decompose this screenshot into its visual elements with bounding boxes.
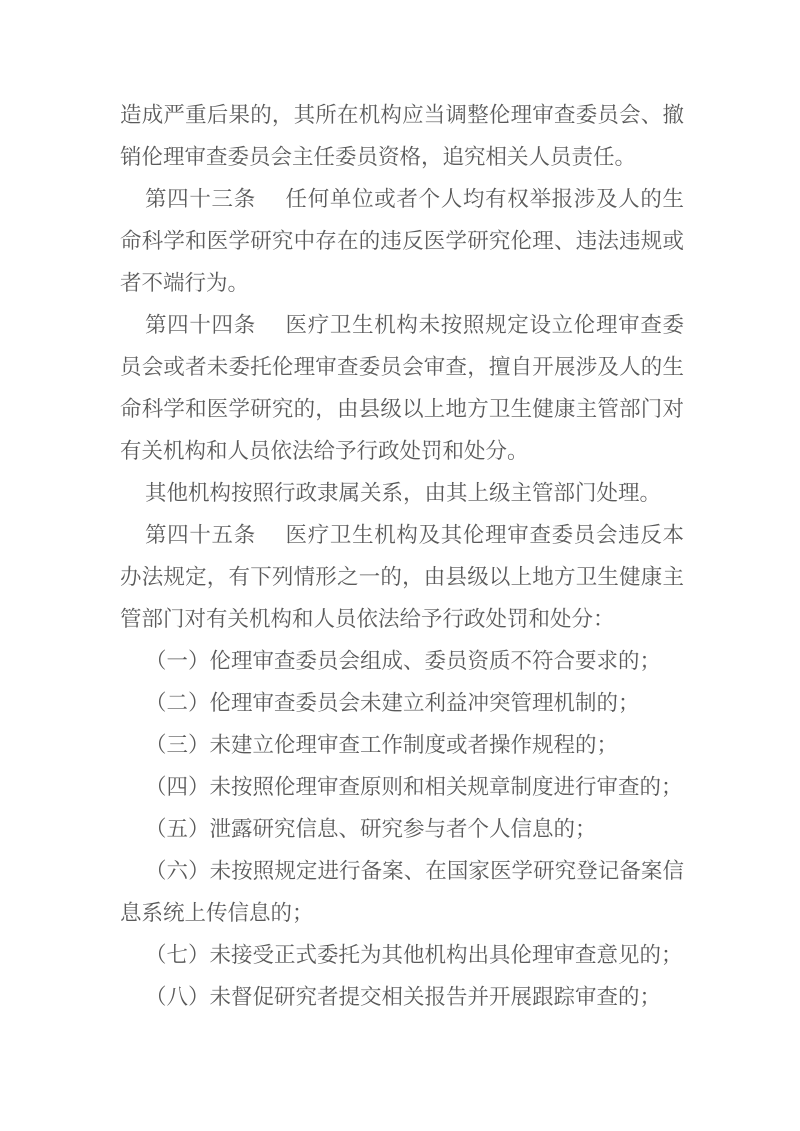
paragraph-article-44-other-orgs: 其他机构按照行政隶属关系，由其上级主管部门处理。 — [120, 473, 684, 515]
list-item-1: （一）伦理审查委员会组成、委员资质不符合要求的； — [120, 641, 684, 683]
paragraph-article-44: 第四十四条 医疗卫生机构未按照规定设立伦理审查委员会或者未委托伦理审查委员会审查… — [120, 305, 684, 473]
document-page: 造成严重后果的，其所在机构应当调整伦理审查委员会、撤销伦理审查委员会主任委员资格… — [0, 0, 800, 1131]
list-item-8: （八）未督促研究者提交相关报告并开展跟踪审查的； — [120, 977, 684, 1019]
paragraph-article-45: 第四十五条 医疗卫生机构及其伦理审查委员会违反本办法规定，有下列情形之一的，由县… — [120, 515, 684, 641]
list-item-2: （二）伦理审查委员会未建立利益冲突管理机制的； — [120, 683, 684, 725]
paragraph-continuation: 造成严重后果的，其所在机构应当调整伦理审查委员会、撤销伦理审查委员会主任委员资格… — [120, 95, 684, 179]
list-item-7: （七）未接受正式委托为其他机构出具伦理审查意见的； — [120, 935, 684, 977]
list-item-3: （三）未建立伦理审查工作制度或者操作规程的； — [120, 725, 684, 767]
list-item-5: （五）泄露研究信息、研究参与者个人信息的； — [120, 809, 684, 851]
list-item-6: （六）未按照规定进行备案、在国家医学研究登记备案信息系统上传信息的； — [120, 851, 684, 935]
paragraph-article-43: 第四十三条 任何单位或者个人均有权举报涉及人的生命科学和医学研究中存在的违反医学… — [120, 179, 684, 305]
list-item-4: （四）未按照伦理审查原则和相关规章制度进行审查的； — [120, 767, 684, 809]
document-text-block: 造成严重后果的，其所在机构应当调整伦理审查委员会、撤销伦理审查委员会主任委员资格… — [120, 95, 684, 1019]
